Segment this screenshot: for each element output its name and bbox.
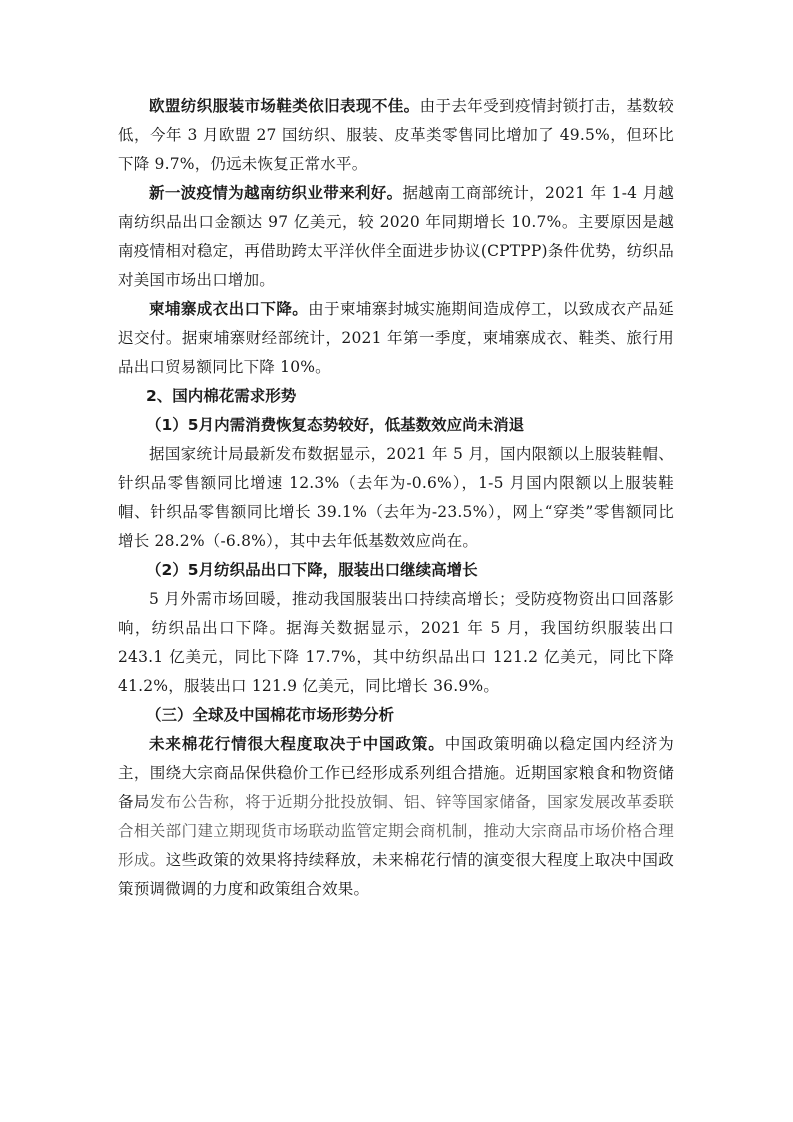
document-page: 欧盟纺织服装市场鞋类依旧表现不佳。由于去年受到疫情封锁打击，基数较低，今年 3 …: [118, 92, 674, 904]
paragraph-policy: 未来棉花行情很大程度取决于中国政策。中国政策明确以稳定国内经济为主，围绕大宗商品…: [118, 730, 674, 904]
paragraph-lead: 欧盟纺织服装市场鞋类依旧表现不佳。: [149, 97, 420, 115]
paragraph-cambodia: 柬埔寨成衣出口下降。由于柬埔寨封城实施期间造成停工，以致成衣产品延迟交付。据柬埔…: [118, 295, 674, 382]
paragraph-vietnam: 新一波疫情为越南纺织业带来利好。据越南工商部统计，2021 年 1-4 月越南纺…: [118, 179, 674, 295]
paragraph-eu: 欧盟纺织服装市场鞋类依旧表现不佳。由于去年受到疫情封锁打击，基数较低，今年 3 …: [118, 92, 674, 179]
paragraph-lead: 未来棉花行情很大程度取决于中国政策。: [149, 735, 445, 753]
section-heading: 2、国内棉花需求形势: [118, 382, 674, 411]
subsection-heading: （1）5月内需消费恢复态势较好，低基数效应尚未消退: [118, 411, 674, 440]
paragraph-lead: 新一波疫情为越南纺织业带来利好。: [149, 184, 402, 202]
paragraph-body: 这些政策的效果将持续释放，未来棉花行情的演变很大程度上取决中国政策预调微调的力度…: [118, 851, 674, 898]
subsection-heading: （2）5月纺织品出口下降，服装出口继续高增长: [118, 556, 674, 585]
paragraph-exports: 5 月外需市场回暖，推动我国服装出口持续高增长；受防疫物资出口回落影响，纺织品出…: [118, 585, 674, 701]
paragraph-domestic: 据国家统计局最新发布数据显示，2021 年 5 月，国内限额以上服装鞋帽、针织品…: [118, 440, 674, 556]
section-heading: （三）全球及中国棉花市场形势分析: [118, 701, 674, 730]
paragraph-lead: 柬埔寨成衣出口下降。: [149, 300, 308, 318]
